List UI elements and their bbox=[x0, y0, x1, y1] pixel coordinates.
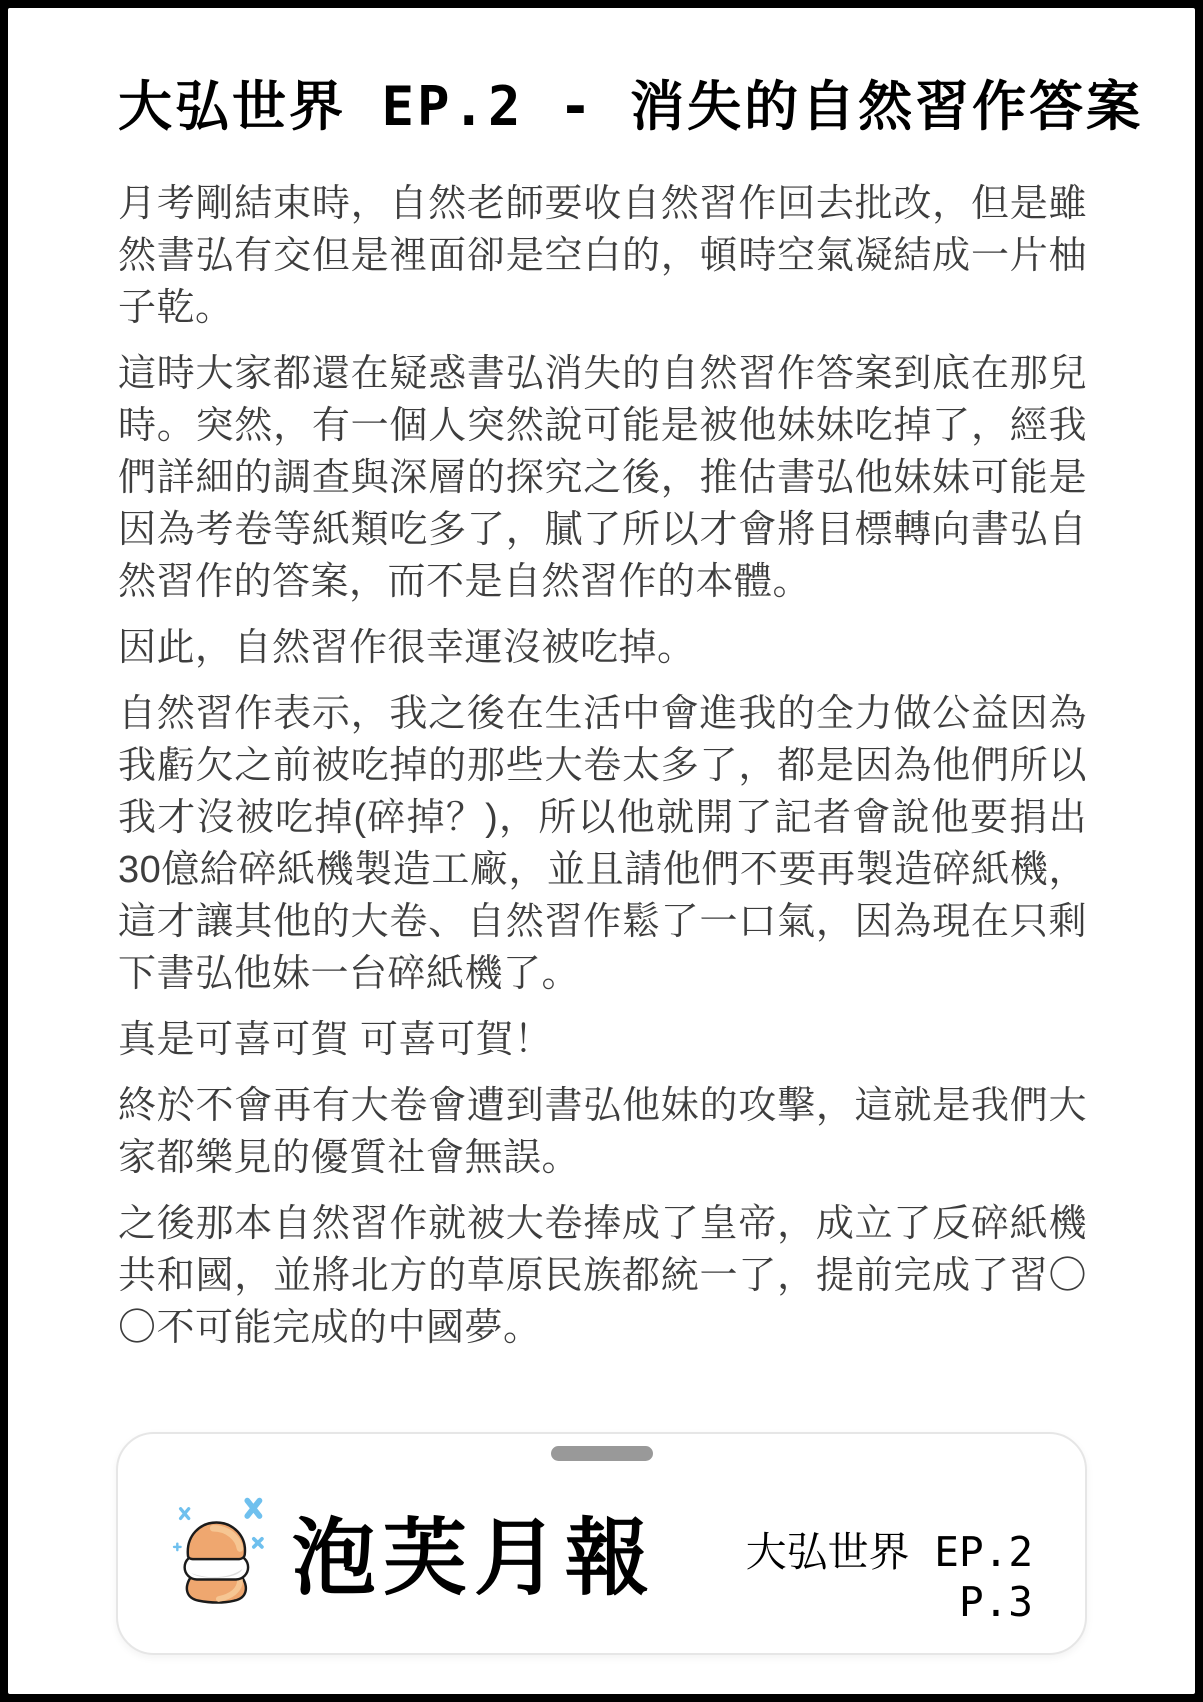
drag-handle[interactable] bbox=[551, 1446, 653, 1461]
paragraph: 月考剛結束時，自然老師要收自然習作回去批改，但是雖然書弘有交但是裡面卻是空白的，… bbox=[118, 178, 1087, 334]
cream-puff-icon bbox=[170, 1495, 266, 1607]
paragraph: 自然習作表示，我之後在生活中會進我的全力做公益因為我虧欠之前被吃掉的那些大卷太多… bbox=[118, 688, 1087, 1000]
footer-episode: 大弘世界 EP.2 bbox=[746, 1527, 1033, 1577]
page-frame: 大弘世界 EP.2 - 消失的自然習作答案 月考剛結束時，自然老師要收自然習作回… bbox=[0, 0, 1203, 1702]
paragraph: 因此，自然習作很幸運沒被吃掉。 bbox=[118, 622, 1087, 674]
footer-page-number: P.3 bbox=[746, 1577, 1033, 1627]
paragraph: 這時大家都還在疑惑書弘消失的自然習作答案到底在那兒時。突然，有一個人突然說可能是… bbox=[118, 348, 1087, 608]
page-title: 大弘世界 EP.2 - 消失的自然習作答案 bbox=[118, 76, 1087, 138]
footer-row: 泡芙月報 大弘世界 EP.2 P.3 bbox=[118, 1461, 1085, 1627]
article: 大弘世界 EP.2 - 消失的自然習作答案 月考剛結束時，自然老師要收自然習作回… bbox=[8, 8, 1195, 1354]
paragraph: 之後那本自然習作就被大卷捧成了皇帝，成立了反碎紙機共和國，並將北方的草原民族都統… bbox=[118, 1198, 1087, 1354]
paragraph: 終於不會再有大卷會遭到書弘他妹的攻擊，這就是我們大家都樂見的優質社會無誤。 bbox=[118, 1080, 1087, 1184]
paragraph: 真是可喜可賀 可喜可賀！ bbox=[118, 1014, 1087, 1066]
footer-meta: 大弘世界 EP.2 P.3 bbox=[746, 1527, 1033, 1627]
brand-title: 泡芙月報 bbox=[292, 1491, 656, 1612]
footer-card: 泡芙月報 大弘世界 EP.2 P.3 bbox=[116, 1432, 1087, 1655]
article-body: 月考剛結束時，自然老師要收自然習作回去批改，但是雖然書弘有交但是裡面卻是空白的，… bbox=[118, 178, 1087, 1354]
